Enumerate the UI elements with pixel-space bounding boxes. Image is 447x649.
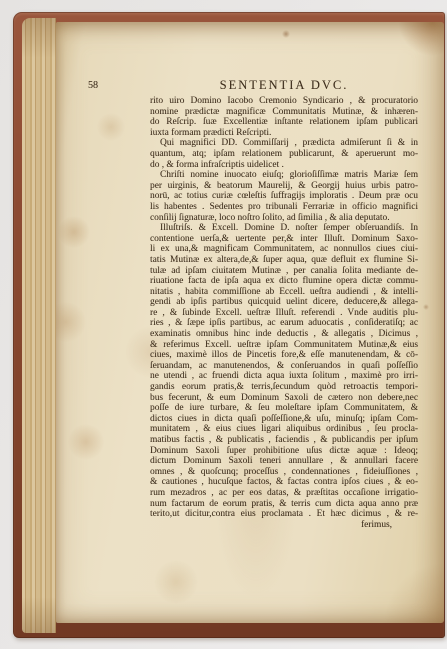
text-line: norū, ac totius curiæ cœleſtis ſuffragij… (150, 191, 418, 202)
text-line: dictos ciues in dicta quaſi poſſeſſione,… (150, 414, 418, 425)
text-line: gandis eorum pratis,& terris,ſecundum qu… (150, 382, 418, 393)
text-line: ries , & ſæpe ipſis partibus, ac earum a… (150, 318, 418, 329)
text-line: quantum, atq; ipſam relationem publicaru… (150, 149, 418, 160)
text-line: do Reſcrip. ſuæ Excellentiæ inſtante rel… (150, 117, 418, 128)
text-line: omnes , & quoſcunq; proceſſus , condenna… (150, 467, 418, 478)
text-line: Chriſti nomine inuocato eiuſq; glorioſiſ… (150, 170, 418, 181)
text-line: munitatem , & eius ciues ligari aliquibu… (150, 424, 418, 435)
text-line: matibus factis , & publicatis , faciendi… (150, 435, 418, 446)
text-line: ſeruandam, ac manutenendos, & conſeruand… (150, 361, 418, 372)
text-line: ne utendi , ac fruendi dicta aqua iuxta … (150, 371, 418, 382)
text-line: lis habentes . Sedentes pro tribunali Fe… (150, 202, 418, 213)
text-line: Illuſtriſs. & Excell. Domine D. noſter ſ… (150, 223, 418, 234)
text-line: tulæ ad ipſam ciuitatem Mutinæ , per can… (150, 266, 418, 277)
text-line: dictum Dominum Saxoli teneri annullare ,… (150, 456, 418, 467)
text-line: re , & ſubinde Excell. ueſtræ Illuſt. re… (150, 308, 418, 319)
book-page: 58 SENTENTIA DVC. rito uiro Domino Iacob… (56, 22, 444, 623)
running-header-row: 58 SENTENTIA DVC. (150, 78, 418, 93)
text-lines: rito uiro Domino Iacobo Cremonio Syndica… (150, 96, 418, 520)
text-line: Qui magnifici DD. Commiſſarij , prædicta… (150, 138, 418, 149)
text-line: gendi ab ipſis partibus quicquid uelint … (150, 297, 418, 308)
text-line: li ex una,& magnificam Communitatem, ac … (150, 244, 418, 255)
photo-background: 58 SENTENTIA DVC. rito uiro Domino Iacob… (0, 0, 447, 649)
text-line: examinatis omnibus hinc inde deductis , … (150, 329, 418, 340)
text-line: ciues, maximè illos de Pincetis fore,& e… (150, 350, 418, 361)
text-line: do , & forma infraſcriptis uidelicet . (150, 160, 418, 171)
text-line: iuxta formam prædicti Reſcripti. (150, 128, 418, 139)
catchword: ferimus, (150, 520, 418, 531)
text-line: nomine prædictæ magnificæ Communitatis M… (150, 107, 418, 118)
text-line: & referimus Excell. ueſtræ ipſam Communi… (150, 340, 418, 351)
text-line: num factarum de eorum pratis, & terris c… (150, 499, 418, 510)
page-number: 58 (88, 80, 98, 91)
text-line: tatis Mutinæ ex altera,de,& ſuper aqua, … (150, 255, 418, 266)
text-line: rito uiro Domino Iacobo Cremonio Syndica… (150, 96, 418, 107)
text-line: & cautiones , hucuſque factos, & factas … (150, 477, 418, 488)
text-line: conſilij ſignaturæ, loco noſtro ſolito, … (150, 213, 418, 224)
body-text: rito uiro Domino Iacobo Cremonio Syndica… (150, 96, 418, 530)
text-line: per uirginis, & beatorum Maurelij, & Geo… (150, 181, 418, 192)
text-line: nitatis , habita commiſſione ab Eccell. … (150, 287, 418, 298)
text-line: contentione uerſa,& uertente per,& inter… (150, 234, 418, 245)
running-header: SENTENTIA DVC. (220, 78, 349, 92)
text-line: bus fecerunt, & eum Dominum Saxoli de cæ… (150, 393, 418, 404)
text-line: rum mezadros , ac per eos datas, & præſt… (150, 488, 418, 499)
text-line: Dominum Saxoli ſuper prohibitione uſus d… (150, 446, 418, 457)
text-line: riuatione facta de ipſa aqua ex dicto fl… (150, 276, 418, 287)
page-edges (22, 18, 56, 633)
text-line: terito,ut dicitur,contra eius proclamata… (150, 509, 418, 520)
text-line: poſſe de iure turbare, & ſeu moleſtare i… (150, 403, 418, 414)
